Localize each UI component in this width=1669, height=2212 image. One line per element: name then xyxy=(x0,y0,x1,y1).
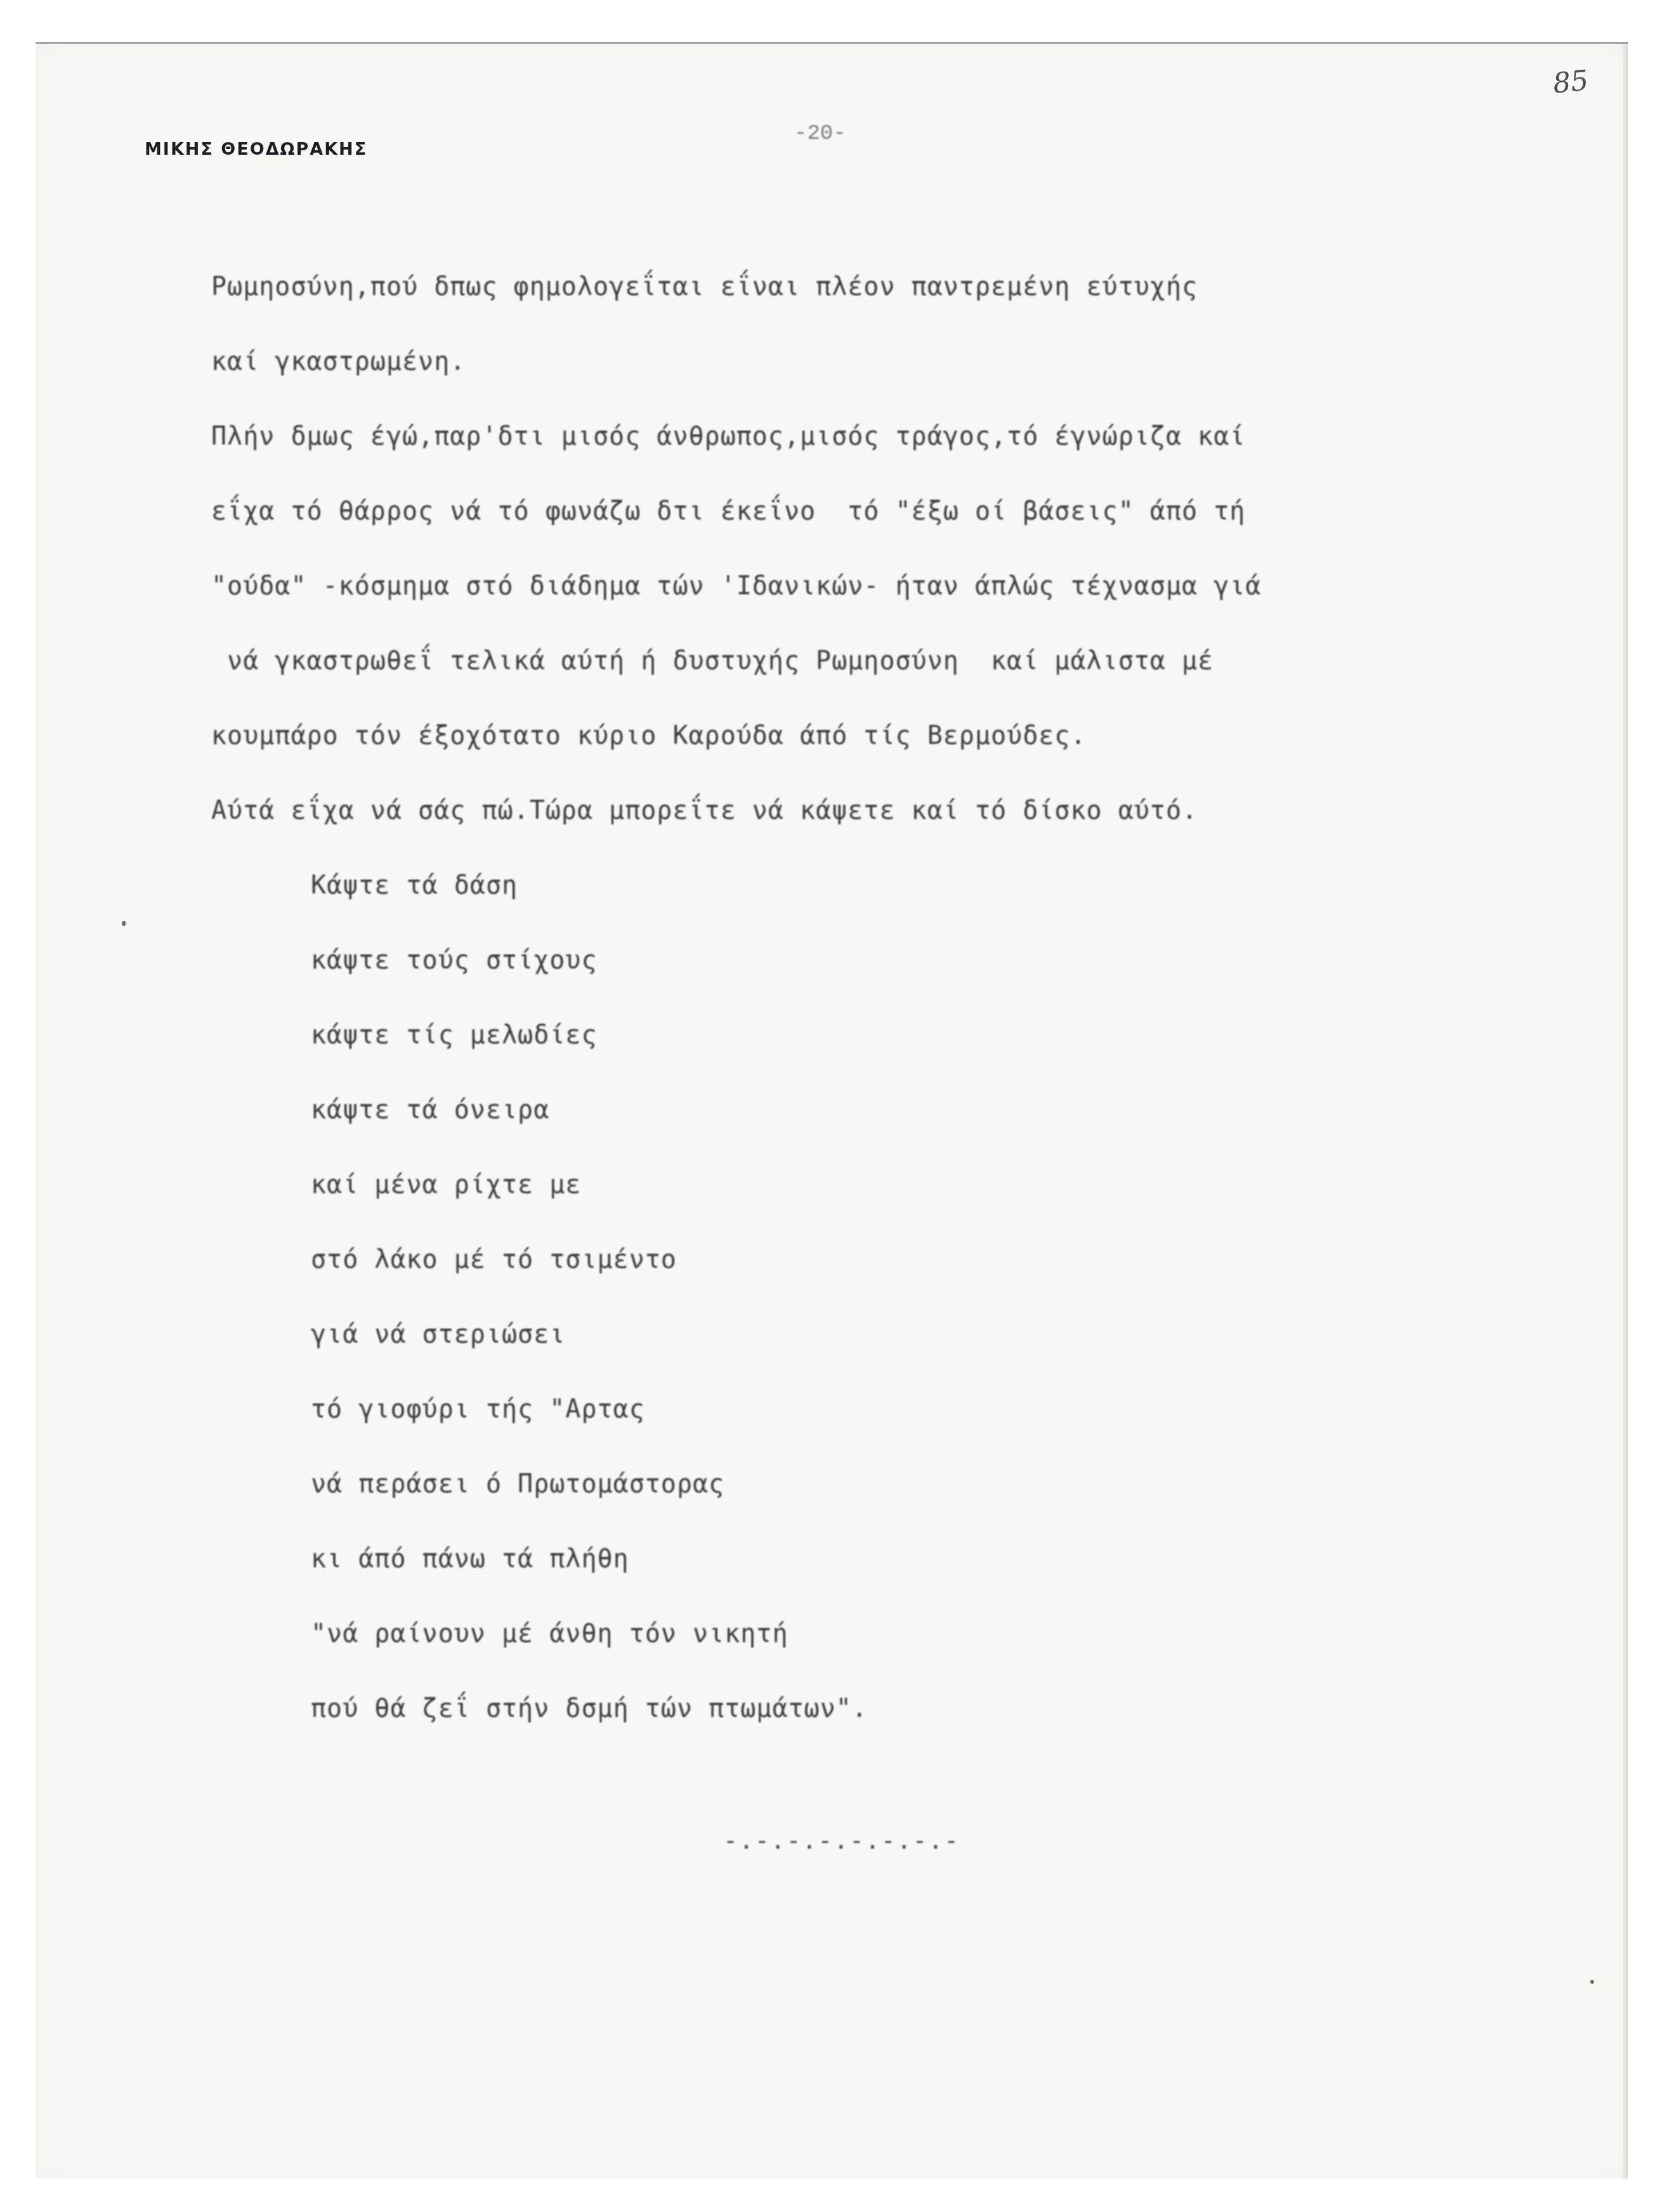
paper-speck xyxy=(1590,1980,1594,1984)
poem-line: πού θά ζεΐ στήν δσμή τών πτωμάτων". xyxy=(211,1689,1575,1764)
prose-line: εΐχα τό θάρρος νά τό φωνάζω δτι έκεΐνο τ… xyxy=(211,492,1575,567)
poem-line: στό λάκο μέ τό τσιμέντο xyxy=(211,1240,1575,1315)
poem-line: νά περάσει ό Πρωτομάστορας xyxy=(211,1465,1575,1540)
prose-line: κουμπάρο τόν έξοχότατο κύριο Καρούδα άπό… xyxy=(211,717,1575,791)
poem-line: "νά ραίνουν μέ άνθη τόν νικητή xyxy=(211,1615,1575,1689)
prose-line: Ρωμηοσύνη,πού δπως φημολογεΐται εΐναι πλ… xyxy=(211,268,1575,342)
poem-line: καί μένα ρίχτε με xyxy=(211,1166,1575,1240)
poem-line: κάψτε τά όνειρα xyxy=(211,1091,1575,1166)
poem-line: τό γιοφύρι τής "Αρτας xyxy=(211,1390,1575,1465)
poem-line: Κάψτε τά δάση xyxy=(211,866,1575,941)
poem-line: κι άπό πάνω τά πλήθη xyxy=(211,1540,1575,1615)
poem-line: κάψτε τίς μελωδίες xyxy=(211,1016,1575,1091)
document-body: Ρωμηοσύνη,πού δπως φημολογεΐται εΐναι πλ… xyxy=(211,268,1575,1764)
poem-line: γιά νά στεριώσει xyxy=(211,1315,1575,1390)
closing-ornament: -.-.-.-.-.-.-.- xyxy=(723,1826,960,1854)
prose-line: νά γκαστρωθεΐ τελικά αύτή ή δυστυχής Ρωμ… xyxy=(211,642,1575,717)
prose-line: Πλήν δμως έγώ,παρ'δτι μισός άνθρωπος,μισ… xyxy=(211,417,1575,492)
page-number: -20- xyxy=(794,122,846,146)
paper-speck xyxy=(122,921,126,926)
prose-line: "ούδα" -κόσμημα στό διάδημα τών 'Ιδανικώ… xyxy=(211,567,1575,642)
paper-edge xyxy=(1623,44,1628,2178)
prose-line: Αύτά εΐχα νά σάς πώ.Τώρα μπορεΐτε νά κάψ… xyxy=(211,791,1575,866)
handwritten-folio-number: 85 xyxy=(1551,64,1590,100)
author-letterhead: ΜΙΚΗΣ ΘΕΟΔΩΡΑΚΗΣ xyxy=(145,140,367,159)
poem-line: κάψτε τούς στίχους xyxy=(211,941,1575,1016)
prose-line: καί γκαστρωμένη. xyxy=(211,342,1575,417)
